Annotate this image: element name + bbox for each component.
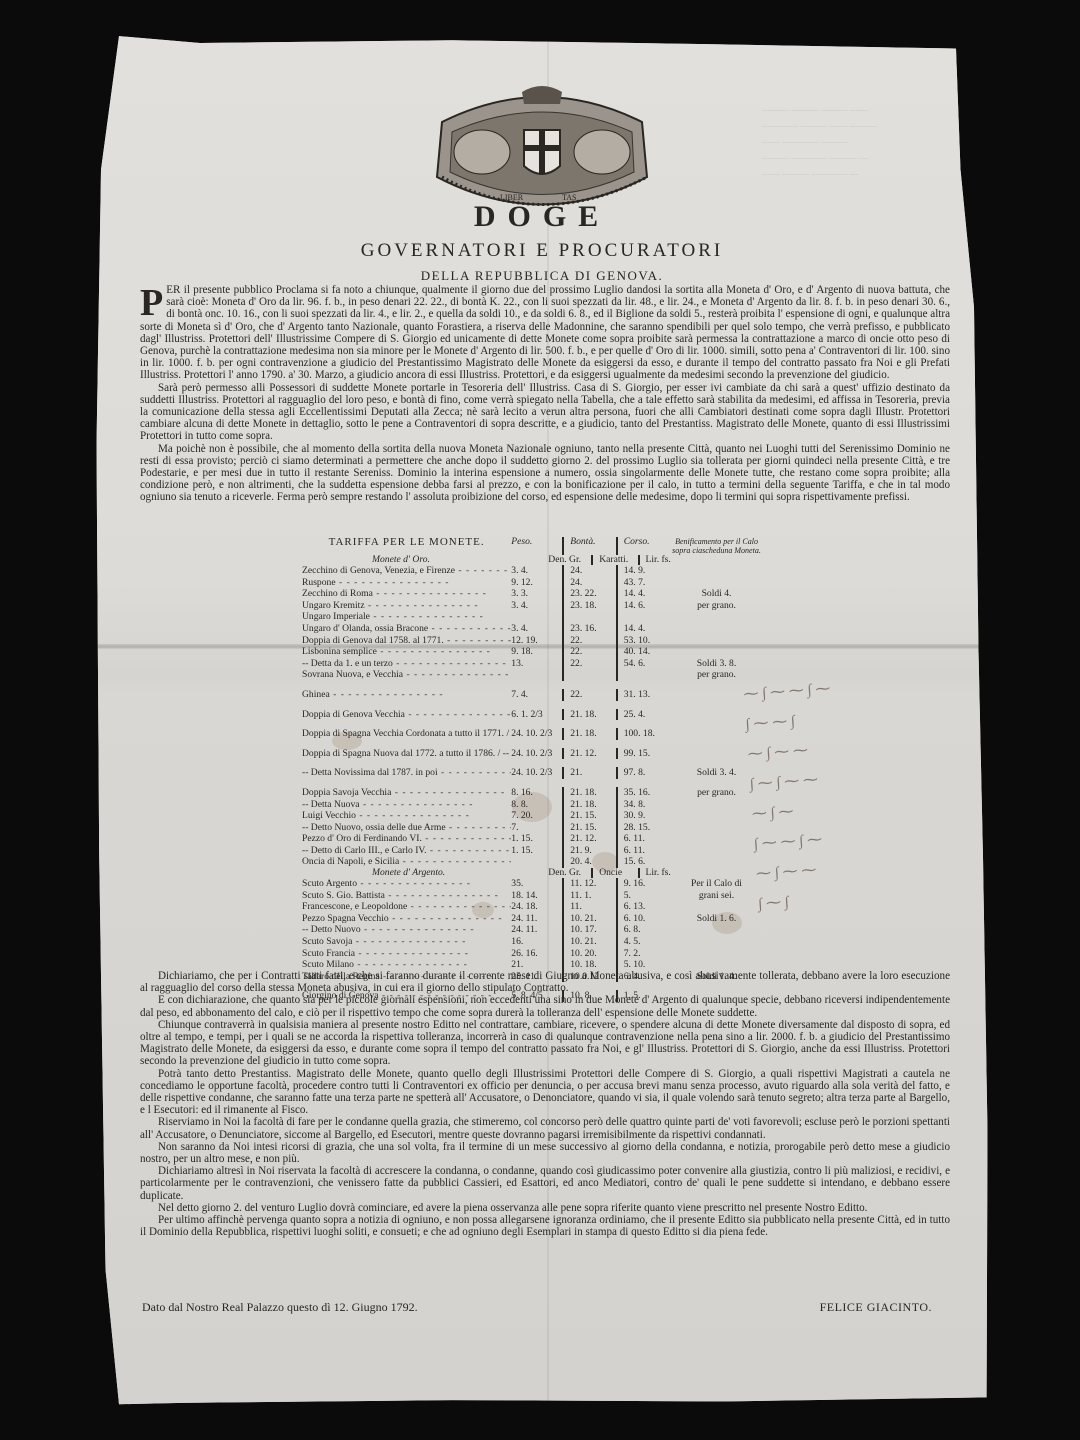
coin-name-text: Zecchino di Roma bbox=[302, 588, 373, 599]
coin-benefit bbox=[671, 833, 762, 845]
coin-corso: 14. 4. bbox=[616, 623, 671, 635]
coin-name-text: Ungaro Kremitz bbox=[302, 600, 365, 611]
coin-peso: 24. 11. bbox=[511, 924, 562, 936]
coin-name-text: Zecchino di Genova, Venezia, e Firenze bbox=[302, 565, 455, 576]
tariff-row: -- Detta Nuova - - - - - - - - - - - - -… bbox=[302, 799, 762, 811]
tariff-row: Doppia di Genova Vecchia - - - - - - - -… bbox=[302, 709, 762, 721]
coin-peso: 24. 10. 2/3 bbox=[511, 728, 562, 740]
tariff-table: TARIFFA PER LE MONETE. Peso. Bontà. Cors… bbox=[302, 537, 762, 1010]
coin-corso: 30. 9. bbox=[616, 810, 671, 822]
coin-peso: 3. 4. bbox=[511, 565, 562, 577]
gold-section-label: Monete d' Oro. bbox=[302, 555, 548, 565]
coin-name: -- Detta Nuova - - - - - - - - - - - - -… bbox=[302, 799, 511, 811]
coin-corso: 6. 10. bbox=[616, 913, 671, 925]
tariff-header: TARIFFA PER LE MONETE. Peso. Bontà. Cors… bbox=[302, 537, 762, 555]
coin-benefit: Soldi 1. 6. bbox=[671, 913, 762, 925]
coin-name-text: Doppia di Genova Vecchia bbox=[302, 709, 405, 720]
coin-corso: 99. 15. bbox=[616, 748, 671, 760]
dot-leader: - - - - - - - - - - - - - - - bbox=[385, 890, 499, 901]
coin-name: Scuto Argento - - - - - - - - - - - - - … bbox=[302, 878, 511, 890]
intro-paragraph: Sarà però permesso alli Possessori di su… bbox=[140, 382, 950, 443]
coin-name: Pezzo Spagna Vecchio - - - - - - - - - -… bbox=[302, 913, 511, 925]
coin-corso: 6. 13. bbox=[616, 901, 671, 913]
tariff-row: Lisbonina semplice - - - - - - - - - - -… bbox=[302, 646, 762, 658]
dot-leader: - - - - - - - - - - - - - - - bbox=[373, 588, 487, 599]
dot-leader: - - - - - - - - - - - - - - - bbox=[427, 845, 512, 856]
coin-name: Lisbonina semplice - - - - - - - - - - -… bbox=[302, 646, 511, 658]
coin-benefit bbox=[671, 901, 762, 913]
tariff-row: Scuto Argento - - - - - - - - - - - - - … bbox=[302, 878, 762, 890]
coin-name: Francescone, e Leopoldone - - - - - - - … bbox=[302, 901, 511, 913]
col-corso-header: Corso. bbox=[616, 537, 671, 555]
coin-name: Scuto S. Gio. Battista - - - - - - - - -… bbox=[302, 890, 511, 902]
coin-bonta: 24. bbox=[562, 577, 615, 589]
tariff-row: Francescone, e Leopoldone - - - - - - - … bbox=[302, 901, 762, 913]
col-bonta-units: Karatti. bbox=[591, 555, 637, 565]
coin-name: Ungaro d' Olanda, ossia Bracone - - - - … bbox=[302, 623, 511, 635]
coin-corso: 5. bbox=[616, 890, 671, 902]
coin-benefit bbox=[671, 635, 762, 647]
tariff-row: -- Detta Novissima dal 1787. in poi - - … bbox=[302, 767, 762, 779]
coin-peso: 35. bbox=[511, 878, 562, 890]
coin-name: Ungaro Kremitz - - - - - - - - - - - - -… bbox=[302, 600, 511, 612]
silver-subheader: Monete d' Argento. Den. Gr. Oncie Lir. f… bbox=[302, 868, 762, 878]
coin-name-text: Scuto Argento bbox=[302, 878, 357, 889]
page-subtitle: GOVERNATORI E PROCURATORI bbox=[92, 240, 992, 262]
dot-leader: - - - - - - - - - - - - - - - bbox=[428, 623, 511, 634]
closing-paragraph: Non saranno da Noi intesi ricorsi di gra… bbox=[140, 1141, 950, 1165]
coin-name-text: -- Detto di Carlo III., e Carlo IV. bbox=[302, 845, 427, 856]
coin-peso: 3. 4. bbox=[511, 600, 562, 612]
tariff-row: Scuto S. Gio. Battista - - - - - - - - -… bbox=[302, 890, 762, 902]
coin-name-text: -- Detta Nuova bbox=[302, 799, 360, 810]
dot-leader: - - - - - - - - - - - - - - - bbox=[360, 799, 474, 810]
tariff-row: Ungaro Imperiale - - - - - - - - - - - -… bbox=[302, 611, 762, 623]
coin-peso: 9. 18. bbox=[511, 646, 562, 658]
col-benefit-header: Benificamento per il Calo sopra ciasched… bbox=[671, 537, 762, 555]
coin-name: Doppia di Genova Vecchia - - - - - - - -… bbox=[302, 709, 511, 721]
coin-name: -- Detta Novissima dal 1787. in poi - - … bbox=[302, 767, 511, 779]
coin-benefit: Soldi 4. bbox=[671, 588, 762, 600]
coin-name-text: Doppia di Spagna Vecchia Cordonata a tut… bbox=[302, 728, 511, 739]
dot-leader: - - - - - - - - - - - - - - - bbox=[422, 833, 511, 844]
coin-corso: 6. 11. bbox=[616, 833, 671, 845]
dot-leader: - - - - - - - - - - - - - - - bbox=[357, 878, 471, 889]
coin-bonta: 21. 9. bbox=[562, 845, 615, 857]
coin-name: -- Detto Nuovo - - - - - - - - - - - - -… bbox=[302, 924, 511, 936]
coin-bonta: 22. bbox=[562, 635, 615, 647]
coin-name: Pezzo d' Oro di Ferdinando VI. - - - - -… bbox=[302, 833, 511, 845]
coin-benefit bbox=[671, 936, 762, 948]
signature: FELICE GIACINTO. bbox=[820, 1300, 932, 1315]
dot-leader: - - - - - - - - - - - - - - - bbox=[399, 856, 511, 867]
coin-corso bbox=[616, 611, 671, 623]
coin-name-text: Ungaro Imperiale bbox=[302, 611, 370, 622]
coin-benefit bbox=[671, 565, 762, 577]
coin-benefit bbox=[671, 611, 762, 623]
coin-name-text: Oncia di Napoli, e Sicilia bbox=[302, 856, 399, 867]
dot-leader: - - - - - - - - - - - - - - - bbox=[444, 635, 512, 646]
dot-leader: - - - - - - - - - - - - - - - bbox=[455, 565, 511, 576]
coin-peso: 3. 4. bbox=[511, 623, 562, 635]
coin-name: Scuto Savoja - - - - - - - - - - - - - -… bbox=[302, 936, 511, 948]
tariff-row: Doppia di Spagna Vecchia Cordonata a tut… bbox=[302, 728, 762, 740]
coin-name-text: Scuto S. Gio. Battista bbox=[302, 890, 385, 901]
coin-name-text: Doppia di Genova dal 1758. al 1771. bbox=[302, 635, 444, 646]
coin-corso: 14. 4. bbox=[616, 588, 671, 600]
dot-leader: - - - - - - - - - - - - - - - bbox=[377, 646, 491, 657]
dot-leader: - - - - - - - - - - - - - - - bbox=[355, 948, 469, 959]
coin-corso: 14. 9. bbox=[616, 565, 671, 577]
coin-name: Ghinea - - - - - - - - - - - - - - - bbox=[302, 689, 511, 701]
tariff-row: Doppia Savoja Vecchia - - - - - - - - - … bbox=[302, 787, 762, 799]
coin-bonta: 10. 20. bbox=[562, 948, 615, 960]
silver-section-label: Monete d' Argento. bbox=[302, 868, 548, 878]
closing-paragraph: E con dichiarazione, che quanto sia per … bbox=[140, 994, 950, 1018]
coin-name: Zecchino di Genova, Venezia, e Firenze -… bbox=[302, 565, 511, 577]
coin-bonta: 21. 18. bbox=[562, 799, 615, 811]
coin-benefit bbox=[671, 948, 762, 960]
tariff-row: Luigi Vecchio - - - - - - - - - - - - - … bbox=[302, 810, 762, 822]
coin-name-text: -- Detta Novissima dal 1787. in poi bbox=[302, 767, 438, 778]
coin-benefit: per grano. bbox=[671, 787, 762, 799]
coin-peso: 7. 4. bbox=[511, 689, 562, 701]
coin-corso: 40. 14. bbox=[616, 646, 671, 658]
coin-corso: 54. 6. bbox=[616, 658, 671, 670]
tariff-row: Ungaro d' Olanda, ossia Bracone - - - - … bbox=[302, 623, 762, 635]
drop-cap: P bbox=[140, 286, 163, 320]
coin-name: Doppia Savoja Vecchia - - - - - - - - - … bbox=[302, 787, 511, 799]
coin-bonta: 22. bbox=[562, 658, 615, 670]
coin-name: Doppia di Spagna Vecchia Cordonata a tut… bbox=[302, 728, 511, 740]
coin-benefit bbox=[671, 810, 762, 822]
dot-leader: - - - - - - - - - - - - - - - bbox=[389, 913, 503, 924]
closing-paragraph: Chiunque contraverrà in qualsisia manier… bbox=[140, 1019, 950, 1068]
coin-peso: 6. 1. 2/3 bbox=[511, 709, 562, 721]
closing-paragraph: Potrà tanto detto Prestantiss. Magistrat… bbox=[140, 1068, 950, 1117]
coin-bonta bbox=[562, 611, 615, 623]
coin-benefit bbox=[671, 799, 762, 811]
gold-coin-rows: Zecchino di Genova, Venezia, e Firenze -… bbox=[302, 565, 762, 868]
dot-leader: - - - - - - - - - - - - - - - bbox=[403, 669, 511, 680]
coin-name-text: Francescone, e Leopoldone bbox=[302, 901, 407, 912]
coin-benefit bbox=[671, 646, 762, 658]
coin-benefit: per grano. bbox=[671, 600, 762, 612]
tariff-row: Scuto Francia - - - - - - - - - - - - - … bbox=[302, 948, 762, 960]
coin-bonta: 21. bbox=[562, 767, 615, 779]
tariff-row: Sovrana Nuova, e Vecchia - - - - - - - -… bbox=[302, 669, 762, 681]
closing-paragraph: Dichiariamo altresì in Noi riservata la … bbox=[140, 1165, 950, 1202]
tariff-row: Zecchino di Genova, Venezia, e Firenze -… bbox=[302, 565, 762, 577]
coin-name-text: Doppia di Spagna Nuova dal 1772. a tutto… bbox=[302, 748, 511, 759]
coin-name-text: -- Detta da 1. e un terzo bbox=[302, 658, 393, 669]
coin-peso: 18. 14. bbox=[511, 890, 562, 902]
tariff-row: Oncia di Napoli, e Sicilia - - - - - - -… bbox=[302, 856, 762, 868]
coin-bonta: 21. 18. bbox=[562, 709, 615, 721]
coin-name-text: Luigi Vecchio bbox=[302, 810, 356, 821]
coin-name-text: Ungaro d' Olanda, ossia Bracone bbox=[302, 623, 428, 634]
tariff-row: Ruspone - - - - - - - - - - - - - - -9. … bbox=[302, 577, 762, 589]
coin-bonta: 21. 18. bbox=[562, 728, 615, 740]
coin-peso: 12. 19. bbox=[511, 635, 562, 647]
coin-peso: 1. 15. bbox=[511, 845, 562, 857]
coin-bonta: 11. 12. bbox=[562, 878, 615, 890]
coin-name-text: Ghinea bbox=[302, 689, 330, 700]
coin-peso: 9. 12. bbox=[511, 577, 562, 589]
coin-name: Zecchino di Roma - - - - - - - - - - - -… bbox=[302, 588, 511, 600]
intro-paragraph: Ma poichè non è possibile, che al moment… bbox=[140, 443, 950, 504]
dot-leader: - - - - - - - - - - - - - - - bbox=[361, 924, 475, 935]
date-line: Dato dal Nostro Real Palazzo questo dì 1… bbox=[142, 1300, 418, 1315]
coin-benefit bbox=[671, 924, 762, 936]
coin-peso: 24. 18. bbox=[511, 901, 562, 913]
coin-peso: 24. 11. bbox=[511, 913, 562, 925]
coin-bonta: 23. 18. bbox=[562, 600, 615, 612]
intro-paragraph: ER il presente pubblico Proclama si fa n… bbox=[140, 284, 950, 382]
coin-bonta: 11. bbox=[562, 901, 615, 913]
coin-peso: 7. 20. bbox=[511, 810, 562, 822]
dot-leader: - - - - - - - - - - - - - - - bbox=[438, 767, 512, 778]
coin-name: -- Detto Nuovo, ossia delle due Arme - -… bbox=[302, 822, 511, 834]
coin-name: Sovrana Nuova, e Vecchia - - - - - - - -… bbox=[302, 669, 511, 681]
coin-benefit bbox=[671, 623, 762, 635]
coin-name: Ungaro Imperiale - - - - - - - - - - - -… bbox=[302, 611, 511, 623]
coin-peso: 24. 10. 2/3 bbox=[511, 748, 562, 760]
tariff-row: Scuto Savoja - - - - - - - - - - - - - -… bbox=[302, 936, 762, 948]
coin-benefit bbox=[671, 845, 762, 857]
coin-name-text: Scuto Savoja bbox=[302, 936, 352, 947]
coin-peso bbox=[511, 611, 562, 623]
page-subtitle-republic: DELLA REPUBBLICA DI GENOVA. bbox=[92, 268, 992, 284]
coin-corso: 34. 8. bbox=[616, 799, 671, 811]
coin-peso: 8. 8. bbox=[511, 799, 562, 811]
coin-name-text: Scuto Milano bbox=[302, 959, 354, 970]
col-bonta-header: Bontà. bbox=[562, 537, 615, 555]
coin-name: Doppia di Genova dal 1758. al 1771. - - … bbox=[302, 635, 511, 647]
tariff-row: Ungaro Kremitz - - - - - - - - - - - - -… bbox=[302, 600, 762, 612]
tariff-row: Zecchino di Roma - - - - - - - - - - - -… bbox=[302, 588, 762, 600]
coin-name: Ruspone - - - - - - - - - - - - - - - bbox=[302, 577, 511, 589]
coin-bonta: 10. 21. bbox=[562, 913, 615, 925]
coin-corso: 7. 2. bbox=[616, 948, 671, 960]
coin-benefit: grani sei. bbox=[671, 890, 762, 902]
coin-name-text: Scuto Francia bbox=[302, 948, 355, 959]
coin-name: Doppia di Spagna Nuova dal 1772. a tutto… bbox=[302, 748, 511, 760]
coin-bonta bbox=[562, 669, 615, 681]
coin-bonta: 21. 15. bbox=[562, 810, 615, 822]
coin-bonta: 10. 21. bbox=[562, 936, 615, 948]
coin-peso: 26. 16. bbox=[511, 948, 562, 960]
coin-peso: 16. bbox=[511, 936, 562, 948]
coin-benefit bbox=[671, 822, 762, 834]
dot-leader: - - - - - - - - - - - - - - - bbox=[391, 787, 505, 798]
dot-leader: - - - - - - - - - - - - - - - bbox=[330, 689, 444, 700]
coin-corso: 35. 16. bbox=[616, 787, 671, 799]
closing-paragraph: Riserviamo in Noi la facoltà di fare per… bbox=[140, 1116, 950, 1140]
coin-peso: 7. bbox=[511, 822, 562, 834]
coin-name-text: Ruspone bbox=[302, 577, 336, 588]
coin-name: Oncia di Napoli, e Sicilia - - - - - - -… bbox=[302, 856, 511, 868]
coin-name-text: Pezzo d' Oro di Ferdinando VI. bbox=[302, 833, 422, 844]
coin-peso: 1. 15. bbox=[511, 833, 562, 845]
coin-corso bbox=[616, 669, 671, 681]
closing-section: Dichiariamo, che per i Contratti stati f… bbox=[140, 970, 950, 1238]
intro-section: P ER il presente pubblico Proclama si fa… bbox=[140, 284, 950, 504]
tariff-row: -- Detta da 1. e un terzo - - - - - - - … bbox=[302, 658, 762, 670]
coin-corso: 6. 8. bbox=[616, 924, 671, 936]
tariff-row: Doppia di Spagna Nuova dal 1772. a tutto… bbox=[302, 748, 762, 760]
coin-bonta: 21. 15. bbox=[562, 822, 615, 834]
tariff-subheader: Monete d' Oro. Den. Gr. Karatti. Lir. fs… bbox=[302, 555, 762, 565]
coin-corso: 14. 6. bbox=[616, 600, 671, 612]
coin-bonta: 22. bbox=[562, 689, 615, 701]
coin-bonta: 21. 18. bbox=[562, 787, 615, 799]
coin-benefit: Per il Calo di bbox=[671, 878, 762, 890]
coin-benefit: Soldi 3. 8. bbox=[671, 658, 762, 670]
tariff-row: Doppia di Genova dal 1758. al 1771. - - … bbox=[302, 635, 762, 647]
dot-leader: - - - - - - - - - - - - - - - bbox=[393, 658, 507, 669]
tariff-row: Pezzo d' Oro di Ferdinando VI. - - - - -… bbox=[302, 833, 762, 845]
dot-leader: - - - - - - - - - - - - - - - bbox=[370, 611, 484, 622]
coin-bonta: 21. 12. bbox=[562, 833, 615, 845]
coin-name-text: -- Detto Nuovo bbox=[302, 924, 361, 935]
coin-name: -- Detta da 1. e un terzo - - - - - - - … bbox=[302, 658, 511, 670]
coin-corso: 25. 4. bbox=[616, 709, 671, 721]
coin-name: -- Detto di Carlo III., e Carlo IV. - - … bbox=[302, 845, 511, 857]
coin-corso: 6. 11. bbox=[616, 845, 671, 857]
coin-name-text: Lisbonina semplice bbox=[302, 646, 377, 657]
coin-bonta: 10. 17. bbox=[562, 924, 615, 936]
dot-leader: - - - - - - - - - - - - - - - bbox=[356, 810, 470, 821]
coin-peso: 13. bbox=[511, 658, 562, 670]
coin-name: Luigi Vecchio - - - - - - - - - - - - - … bbox=[302, 810, 511, 822]
coin-corso: 9. 16. bbox=[616, 878, 671, 890]
tariff-row: Ghinea - - - - - - - - - - - - - - -7. 4… bbox=[302, 689, 762, 701]
coin-bonta: 23. 22. bbox=[562, 588, 615, 600]
tariff-row: -- Detto di Carlo III., e Carlo IV. - - … bbox=[302, 845, 762, 857]
coin-peso: 3. 3. bbox=[511, 588, 562, 600]
coin-peso: 24. 10. 2/3 bbox=[511, 767, 562, 779]
coin-name-text: -- Detto Nuovo, ossia delle due Arme bbox=[302, 822, 446, 833]
dot-leader: - - - - - - - - - - - - - - - bbox=[405, 709, 511, 720]
col-corso-units: Lir. fs. bbox=[638, 555, 686, 565]
col-peso-header: Peso. bbox=[511, 537, 562, 555]
coin-corso: 100. 18. bbox=[616, 728, 671, 740]
coin-corso: 28. 15. bbox=[616, 822, 671, 834]
tariff-row: Pezzo Spagna Vecchio - - - - - - - - - -… bbox=[302, 913, 762, 925]
dot-leader: - - - - - - - - - - - - - - - bbox=[446, 822, 512, 833]
coin-bonta: 22. bbox=[562, 646, 615, 658]
coin-name-text: Pezzo Spagna Vecchio bbox=[302, 913, 389, 924]
closing-paragraph: Per ultimo affinchè pervenga quanto sopr… bbox=[140, 1214, 950, 1238]
dot-leader: - - - - - - - - - - - - - - - bbox=[365, 600, 479, 611]
coin-bonta: 11. 1. bbox=[562, 890, 615, 902]
coin-peso bbox=[511, 669, 562, 681]
proclamation-sheet: ——— ——— ——— —————— ——— —— ————— ———— ———… bbox=[92, 32, 992, 1407]
coin-bonta: 24. bbox=[562, 565, 615, 577]
coin-name: Scuto Francia - - - - - - - - - - - - - … bbox=[302, 948, 511, 960]
page-title: DOGE bbox=[92, 200, 992, 234]
dot-leader: - - - - - - - - - - - - - - - bbox=[336, 577, 450, 588]
coin-corso: 53. 10. bbox=[616, 635, 671, 647]
dot-leader: - - - - - - - - - - - - - - - bbox=[407, 901, 511, 912]
coin-benefit bbox=[671, 577, 762, 589]
coin-benefit bbox=[671, 856, 762, 868]
coin-corso: 97. 8. bbox=[616, 767, 671, 779]
coin-corso: 31. 13. bbox=[616, 689, 671, 701]
dot-leader: - - - - - - - - - - - - - - - bbox=[352, 936, 466, 947]
handwritten-annotation: ⁓ ∫ ⁓ ⁓ ∫ ⁓∫ ⁓ ⁓ ∫⁓ ∫ ⁓ ⁓∫ ⁓ ∫ ⁓ ⁓⁓ ∫ ⁓∫… bbox=[743, 665, 982, 960]
col-peso-units: Den. Gr. bbox=[548, 555, 591, 565]
tariff-row: -- Detto Nuovo, ossia delle due Arme - -… bbox=[302, 822, 762, 834]
coin-peso: 8. 16. bbox=[511, 787, 562, 799]
closing-paragraph: Dichiariamo, che per i Contratti stati f… bbox=[140, 970, 950, 994]
coin-corso: 43. 7. bbox=[616, 577, 671, 589]
coin-bonta: 23. 16. bbox=[562, 623, 615, 635]
tariff-row: -- Detto Nuovo - - - - - - - - - - - - -… bbox=[302, 924, 762, 936]
tariff-title: TARIFFA PER LE MONETE. bbox=[302, 537, 511, 555]
coin-corso: 4. 5. bbox=[616, 936, 671, 948]
coin-name-text: Sovrana Nuova, e Vecchia bbox=[302, 669, 403, 680]
coin-name-text: Doppia Savoja Vecchia bbox=[302, 787, 391, 798]
bleed-through-text: ——— ——— ——— —————— ——— —— ————— ———— ———… bbox=[762, 102, 962, 182]
closing-paragraph: Nel detto giorno 2. del venturo Luglio d… bbox=[140, 1202, 950, 1214]
dot-leader: - - - - - - - - - - - - - - - bbox=[354, 959, 468, 970]
coin-bonta: 21. 12. bbox=[562, 748, 615, 760]
